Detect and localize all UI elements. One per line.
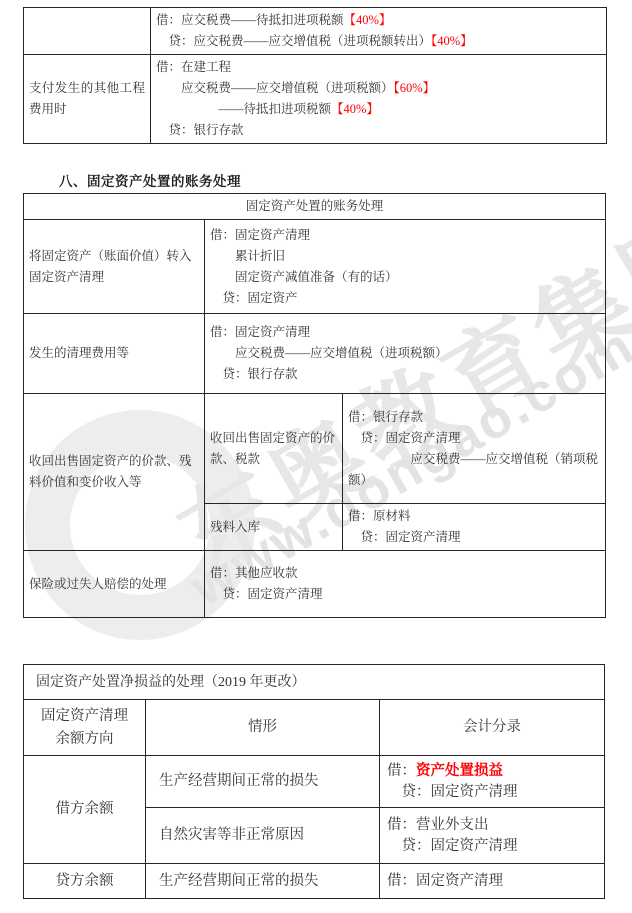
journal-line: ——待抵扣进项税额【40%】 bbox=[156, 99, 601, 120]
journal-line: 贷：银行存款 bbox=[210, 364, 600, 385]
sub-condition-text: 残料入库 bbox=[210, 520, 260, 534]
header-line: 固定资产清理 bbox=[29, 705, 140, 728]
percent-tag: 【40%】 bbox=[431, 34, 473, 48]
fixed-asset-disposal-table: 固定资产处置的账务处理 将固定资产（账面价值）转入固定资产清理 借：固定资产清理… bbox=[23, 193, 606, 618]
journal-text: 借： bbox=[387, 763, 416, 779]
journal-line: 借：应交税费——待抵扣进项税额【40%】 bbox=[156, 10, 601, 31]
table-header-row: 固定资产清理 余额方向 情形 会计分录 bbox=[24, 700, 605, 756]
column-header-balance: 固定资产清理 余额方向 bbox=[24, 700, 146, 756]
journal-entry-cell: 借：在建工程 应交税费——应交增值税（进项税额）【60%】 ——待抵扣进项税额【… bbox=[151, 55, 607, 144]
journal-line: 贷：固定资产清理 bbox=[348, 527, 600, 548]
journal-entry-cell: 借：资产处置损益 贷：固定资产清理 bbox=[380, 756, 605, 808]
table-row: 支付发生的其他工程费用时 借：在建工程 应交税费——应交增值税（进项税额）【60… bbox=[24, 55, 607, 144]
journal-line: 贷：固定资产清理 bbox=[210, 584, 600, 605]
table-row: 贷方余额 生产经营期间正常的损失 借：固定资产清理 bbox=[24, 864, 605, 899]
journal-line: 应交税费——应交增值税（进项税额） bbox=[210, 343, 600, 364]
journal-entry-cell: 借：固定资产清理 bbox=[380, 864, 605, 899]
balance-direction-cell: 借方余额 bbox=[24, 756, 146, 864]
table-row: 借：应交税费——待抵扣进项税额【40%】 贷：应交税费——应交增值税（进项税额转… bbox=[24, 8, 607, 55]
journal-line: 借：营业外支出 bbox=[387, 815, 599, 836]
journal-line: 借：其他应收款 bbox=[210, 563, 600, 584]
journal-entry-cell: 借：银行存款 贷：固定资产清理 应交税费——应交增值税（销项税额） bbox=[343, 394, 606, 504]
journal-entry-cell: 借：营业外支出 贷：固定资产清理 bbox=[380, 808, 605, 864]
journal-line: 借：固定资产清理 bbox=[210, 322, 600, 343]
journal-line: 借：在建工程 bbox=[156, 57, 601, 78]
journal-line: 贷：固定资产 bbox=[210, 288, 600, 309]
highlight-account-text: 资产处置损益 bbox=[416, 763, 503, 779]
journal-line: 贷：固定资产清理 bbox=[348, 428, 600, 449]
vat-deduction-table: 借：应交税费——待抵扣进项税额【40%】 贷：应交税费——应交增值税（进项税额转… bbox=[23, 7, 607, 144]
journal-line: 固定资产减值准备（有的话） bbox=[210, 267, 600, 288]
table-row: 收回出售固定资产的价款、残料价值和变价收入等 收回出售固定资产的价款、税款 借：… bbox=[24, 394, 606, 504]
journal-text: 借：在建工程 bbox=[156, 60, 231, 74]
table-row: 借方余额 生产经营期间正常的损失 借：资产处置损益 贷：固定资产清理 bbox=[24, 756, 605, 808]
case-cell: 生产经营期间正常的损失 bbox=[146, 756, 380, 808]
journal-line: 贷：银行存款 bbox=[156, 120, 601, 141]
sub-condition-cell: 残料入库 bbox=[205, 504, 343, 551]
table-title-cell: 固定资产处置的账务处理 bbox=[24, 194, 606, 220]
journal-text: ——待抵扣进项税额 bbox=[156, 102, 331, 116]
section-heading: 八、固定资产处置的账务处理 bbox=[59, 170, 241, 190]
condition-cell: 支付发生的其他工程费用时 bbox=[24, 55, 151, 144]
condition-cell: 收回出售固定资产的价款、残料价值和变价收入等 bbox=[24, 394, 205, 551]
table-title-row: 固定资产处置净损益的处理（2019 年更改） bbox=[24, 665, 605, 700]
percent-tag: 【40%】 bbox=[331, 102, 379, 116]
percent-tag: 【40%】 bbox=[344, 13, 392, 27]
condition-text: 发生的清理费用等 bbox=[29, 346, 129, 360]
condition-cell: 发生的清理费用等 bbox=[24, 314, 205, 394]
disposal-net-gain-loss-table: 固定资产处置净损益的处理（2019 年更改） 固定资产清理 余额方向 情形 会计… bbox=[23, 664, 605, 899]
journal-entry-cell: 借：原材料 贷：固定资产清理 bbox=[343, 504, 606, 551]
balance-direction-cell: 贷方余额 bbox=[24, 864, 146, 899]
condition-text: 将固定资产（账面价值）转入固定资产清理 bbox=[29, 249, 192, 284]
table-row: 发生的清理费用等 借：固定资产清理 应交税费——应交增值税（进项税额） 贷：银行… bbox=[24, 314, 606, 394]
condition-text: 收回出售固定资产的价款、残料价值和变价收入等 bbox=[29, 454, 192, 489]
journal-line: 借：资产处置损益 bbox=[387, 761, 599, 782]
condition-cell-empty bbox=[24, 8, 151, 55]
journal-text: 贷：应交税费——应交增值税（进项税额转出） bbox=[156, 34, 431, 48]
journal-line: 借：原材料 bbox=[348, 506, 600, 527]
journal-line: 应交税费——应交增值税（销项税额） bbox=[348, 449, 600, 491]
journal-text: 借：应交税费——待抵扣进项税额 bbox=[156, 13, 344, 27]
sub-condition-text: 收回出售固定资产的价款、税款 bbox=[210, 431, 335, 466]
table-header-row: 固定资产处置的账务处理 bbox=[24, 194, 606, 220]
table-row: 将固定资产（账面价值）转入固定资产清理 借：固定资产清理 累计折旧 固定资产减值… bbox=[24, 220, 606, 314]
table-title-cell: 固定资产处置净损益的处理（2019 年更改） bbox=[24, 665, 605, 700]
percent-tag: 【60%】 bbox=[394, 81, 436, 95]
condition-cell: 保险或过失人赔偿的处理 bbox=[24, 551, 205, 618]
column-header-case: 情形 bbox=[146, 700, 380, 756]
journal-line: 借：固定资产清理 bbox=[387, 871, 599, 892]
journal-entry-cell: 借：应交税费——待抵扣进项税额【40%】 贷：应交税费——应交增值税（进项税额转… bbox=[151, 8, 607, 55]
header-line: 余额方向 bbox=[29, 728, 140, 751]
table-row: 保险或过失人赔偿的处理 借：其他应收款 贷：固定资产清理 bbox=[24, 551, 606, 618]
journal-line: 贷：固定资产清理 bbox=[387, 836, 599, 857]
journal-line: 应交税费——应交增值税（进项税额）【60%】 bbox=[156, 78, 601, 99]
journal-line: 累计折旧 bbox=[210, 246, 600, 267]
journal-entry-cell: 借：其他应收款 贷：固定资产清理 bbox=[205, 551, 606, 618]
case-cell: 生产经营期间正常的损失 bbox=[146, 864, 380, 899]
condition-text: 保险或过失人赔偿的处理 bbox=[29, 577, 167, 591]
journal-text: 贷：银行存款 bbox=[156, 123, 244, 137]
condition-text: 支付发生的其他工程费用时 bbox=[29, 81, 145, 116]
journal-line: 贷：固定资产清理 bbox=[387, 782, 599, 803]
case-cell: 自然灾害等非正常原因 bbox=[146, 808, 380, 864]
journal-entry-cell: 借：固定资产清理 应交税费——应交增值税（进项税额） 贷：银行存款 bbox=[205, 314, 606, 394]
journal-line: 贷：应交税费——应交增值税（进项税额转出）【40%】 bbox=[156, 31, 601, 52]
journal-text: 应交税费——应交增值税（进项税额） bbox=[156, 81, 394, 95]
journal-line: 借：银行存款 bbox=[348, 407, 600, 428]
condition-cell: 将固定资产（账面价值）转入固定资产清理 bbox=[24, 220, 205, 314]
journal-line: 借：固定资产清理 bbox=[210, 225, 600, 246]
sub-condition-cell: 收回出售固定资产的价款、税款 bbox=[205, 394, 343, 504]
journal-entry-cell: 借：固定资产清理 累计折旧 固定资产减值准备（有的话） 贷：固定资产 bbox=[205, 220, 606, 314]
document-page: 东奥教育集团 www.dongao.com 借：应交税费——待抵扣进项税额【40… bbox=[0, 0, 632, 913]
column-header-entry: 会计分录 bbox=[380, 700, 605, 756]
